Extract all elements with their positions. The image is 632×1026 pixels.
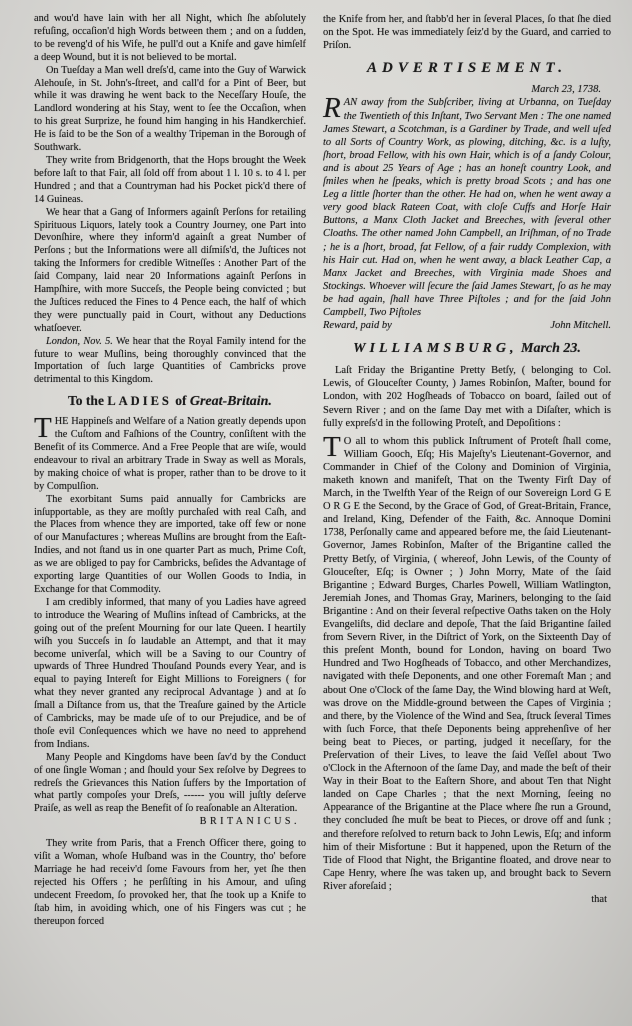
page-columns: and wou'd have lain with her all Night, … bbox=[0, 0, 632, 929]
heading-city: WILLIAMSBURG, bbox=[353, 341, 517, 356]
paragraph-paris-officer: They write from Paris, that a French Off… bbox=[34, 838, 306, 928]
dateline-london: London, Nov. 5. bbox=[46, 336, 113, 347]
paragraph-single-woman: Many People and Kingdoms have been ſav'd… bbox=[34, 752, 306, 817]
advert-payer-text: Reward, paid by bbox=[323, 319, 392, 332]
heading-prefix: To the bbox=[68, 393, 107, 408]
section-heading-ladies: To the LADIES of Great-Britain. bbox=[34, 395, 306, 409]
paragraph-ladies-letter-opening: THE Happineſs and Welfare of a Nation gr… bbox=[34, 416, 306, 493]
heading-mid: of bbox=[172, 393, 190, 408]
letter-signature: BRITANICUS. bbox=[34, 816, 306, 829]
section-heading-advertisement: ADVERTISEMENT. bbox=[323, 62, 611, 75]
paragraph-bridgenorth-hops: They write from Bridgenorth, that the Ho… bbox=[34, 155, 306, 207]
heading-place: Great-Britain. bbox=[190, 394, 272, 409]
section-heading-williamsburg: WILLIAMSBURG, March 23. bbox=[323, 342, 611, 355]
column-left: and wou'd have lain with her all Night, … bbox=[34, 13, 306, 929]
paragraph-protest-instrument: TO all to whom this publick Inſtrument o… bbox=[323, 435, 611, 893]
paragraph-cambricks-cost: The exorbitant Sums paid annually for Ca… bbox=[34, 494, 306, 597]
advert-signature: John Mitchell. bbox=[550, 319, 611, 332]
paragraph-muslins-wearing: I am credibly informed, that many of you… bbox=[34, 597, 306, 752]
newspaper-page: and wou'd have lain with her all Night, … bbox=[0, 0, 632, 1026]
paragraph-runaway-advert: RAN away from the Subſcriber, living at … bbox=[323, 96, 611, 319]
column-right: the Knife from her, and ſtabb'd her in ſ… bbox=[323, 13, 611, 929]
paragraph-london-news: London, Nov. 5. We hear that the Royal F… bbox=[34, 336, 306, 388]
paragraph-informers: We hear that a Gang of Informers againſt… bbox=[34, 207, 306, 336]
paragraph-pretty-betsy: Laſt Friday the Brigantine Pretty Betſy,… bbox=[323, 364, 611, 429]
paragraph-guy-of-warwick: On Tueſday a Man well dreſs'd, came into… bbox=[34, 65, 306, 155]
paragraph-knife-continuation: the Knife from her, and ſtabb'd her in ſ… bbox=[323, 13, 611, 52]
advert-signature-line: Reward, paid byJohn Mitchell. bbox=[323, 319, 611, 332]
section-spacer bbox=[34, 829, 306, 838]
catchword: that bbox=[323, 893, 611, 906]
advert-dateline: March 23, 1738. bbox=[323, 83, 611, 96]
heading-date: March 23. bbox=[518, 341, 581, 356]
paragraph-night-incident: and wou'd have lain with her all Night, … bbox=[34, 13, 306, 65]
heading-caps: LADIES bbox=[107, 394, 172, 408]
